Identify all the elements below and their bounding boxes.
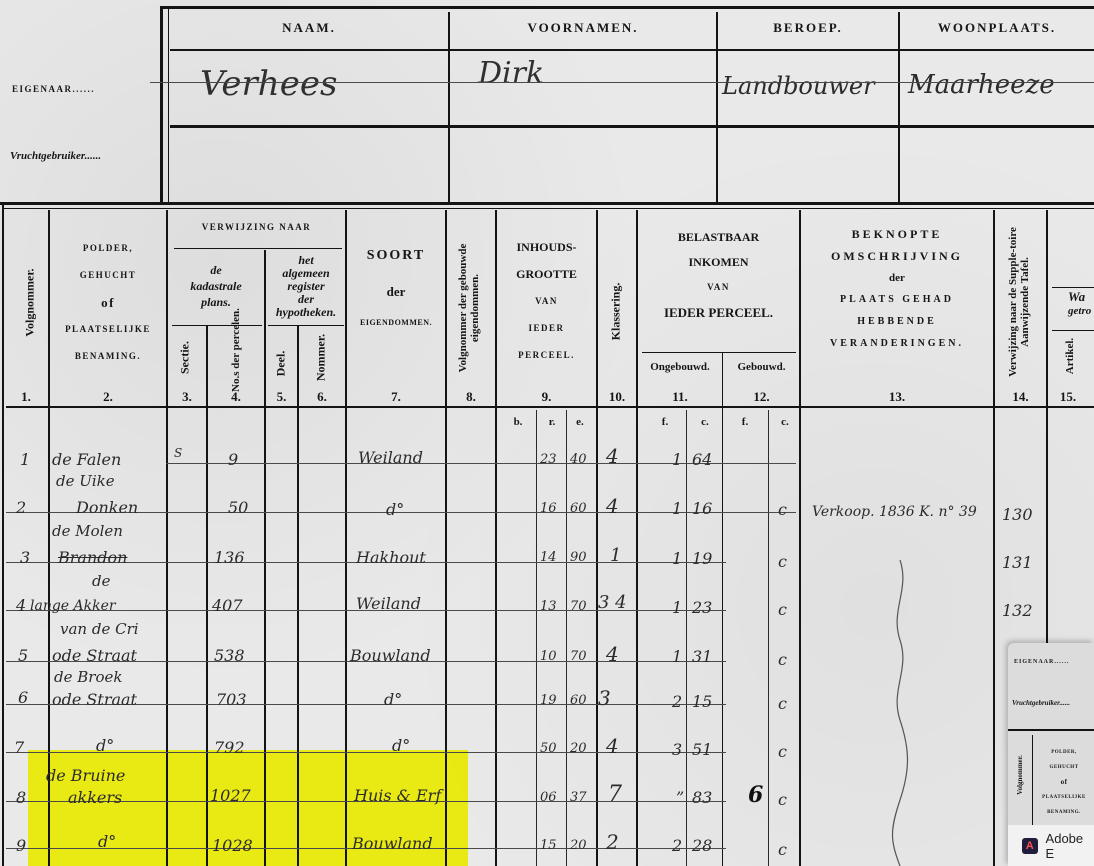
row9-soort: Bouwland — [352, 834, 433, 853]
row7-nr: 7 — [14, 738, 24, 757]
header-suppletoire-tafel: Verwijzing naar de Supple-toire Aanwijze… — [1007, 221, 1031, 383]
row7-perceel: 792 — [214, 738, 245, 757]
row7-benaming: d° — [96, 736, 114, 755]
row7-roede: 50 — [540, 741, 557, 756]
row2-nr: 2 — [16, 498, 26, 517]
row9-cent: 28 — [692, 836, 712, 855]
popup-usufructuary-label: Vruchtgebruiker...... — [1012, 699, 1070, 707]
header-soort: SOORT der EIGENDOMMEN. — [347, 248, 445, 327]
unit-cent-11: c. — [690, 416, 720, 428]
owner-row-label: EIGENAAR...... — [12, 84, 95, 94]
row2-artikel: 130 — [1002, 505, 1033, 524]
row9-gulden: 2 — [672, 836, 682, 855]
row8-alt-benaming: de Bruine — [46, 766, 125, 785]
row8-gebouwd-cent: c — [778, 790, 787, 809]
row2-alt-benaming: de Uike — [56, 472, 115, 490]
row5-perceel: 538 — [214, 646, 245, 665]
colnum-15: 15. — [1048, 389, 1088, 405]
colnum-3: 3. — [168, 389, 206, 405]
unit-bunder: b. — [508, 416, 528, 428]
row1-nr: 1 — [20, 450, 30, 469]
row5-nr: 5 — [18, 646, 28, 665]
colnum-14: 14. — [995, 389, 1046, 405]
row1-klasse: 4 — [606, 444, 619, 468]
row6-gulden: 2 — [672, 692, 682, 711]
popup-polder-header: POLDER, GEHUCHT of PLAATSELIJKE BENAMING… — [1034, 745, 1094, 820]
owner-first-name: Dirk — [478, 56, 544, 91]
popup-app-bar[interactable]: A Adobe E — [1008, 825, 1094, 866]
row7-soort: d° — [392, 736, 410, 755]
row5-alt-benaming: van de Cri — [60, 620, 139, 638]
colnum-7: 7. — [347, 389, 445, 405]
row3-benaming: Brandon — [58, 548, 127, 567]
colnum-11: 11. — [638, 389, 722, 405]
header-klassering: Klassering. — [609, 272, 624, 352]
continuation-wavy-line-icon — [880, 560, 920, 866]
row4-roede: 13 — [540, 599, 557, 614]
row9-klasse: 2 — [606, 830, 619, 854]
row2-klasse: 4 — [606, 494, 619, 518]
row4-el: 70 — [570, 599, 587, 614]
row4-gebouwd-cent: c — [778, 600, 787, 619]
unit-cent-12: c. — [770, 416, 800, 428]
row8-soort: Huis & Erf — [354, 786, 441, 805]
header-omschrijving: BEKNOPTE OMSCHRIJVING der PLAATS GEHAD H… — [801, 220, 993, 358]
row5-gulden: 1 — [672, 647, 682, 666]
row3-klasse: 1 — [610, 545, 621, 566]
colnum-4: 4. — [208, 389, 264, 405]
row6-alt-benaming: de Broek — [54, 668, 122, 686]
header-nommer: Nommer. — [314, 328, 329, 388]
header-artikel: Artikel. — [1064, 328, 1076, 384]
header-polder: POLDER, GEHUCHT of PLAATSELIJKE BENAMING… — [50, 235, 166, 370]
header-deel: Deel. — [274, 339, 289, 389]
colnum-10: 10. — [598, 389, 636, 405]
row9-el: 20 — [570, 838, 587, 853]
header-woonplaats: WOONPLAATS. — [900, 20, 1094, 36]
header-sectie: Sectie. — [178, 328, 193, 388]
row4-benaming: lange Akker — [30, 598, 116, 614]
header-volgnommer-gebouwde: Volgnommer der gebouwde eigendommen. — [457, 238, 481, 378]
row3-alt-benaming: de Molen — [52, 522, 123, 540]
row9-nr: 9 — [16, 836, 26, 855]
row8-cent: 83 — [692, 788, 712, 807]
row3-perceel: 136 — [214, 548, 245, 567]
row2-cent: 16 — [692, 499, 712, 518]
colnum-13: 13. — [801, 389, 993, 405]
row1-cent: 64 — [692, 450, 712, 469]
row1-benaming: de Falen — [52, 450, 121, 469]
row2-perceel: 50 — [228, 498, 248, 517]
header-beroep: BEROEP. — [718, 20, 898, 36]
row6-cent: 15 — [692, 692, 712, 711]
row8-roede: 06 — [540, 790, 557, 805]
row5-klasse: 4 — [606, 642, 619, 666]
row9-perceel: 1028 — [212, 836, 253, 855]
unit-gulden-12: f. — [730, 416, 760, 428]
row6-nr: 6 — [18, 688, 28, 707]
row4-soort: Weiland — [356, 594, 421, 613]
popup-volgnommer: Volgnommer. — [1016, 745, 1024, 805]
row2-benaming: Donken — [76, 498, 138, 517]
header-belastbaar-inkomen: BELASTBAAR INKOMEN VAN IEDER PERCEEL. — [638, 225, 799, 325]
row3-cent: 19 — [692, 549, 712, 568]
row3-artikel: 131 — [1002, 553, 1033, 572]
row7-gebouwd-cent: c — [778, 742, 787, 761]
row6-gebouwd-cent: c — [778, 694, 787, 713]
header-kadastrale-plans: de kadastrale plans. — [168, 262, 264, 310]
header-hypotheken: het algemeen register der hypotheken. — [266, 254, 346, 319]
row6-klasse: 3 — [598, 686, 611, 710]
colnum-5: 5. — [266, 389, 297, 405]
row3-roede: 14 — [540, 550, 557, 565]
row1-el: 40 — [570, 452, 587, 467]
row5-benaming: ode Straat — [52, 646, 137, 665]
row4-klasse: 3 4 — [598, 592, 627, 613]
row5-cent: 31 — [692, 647, 712, 666]
owner-surname: Verhees — [200, 64, 337, 104]
row3-el: 90 — [570, 550, 587, 565]
row8-gebouwd-gulden: 6 — [748, 782, 763, 808]
colnum-12: 12. — [724, 389, 799, 405]
row3-nr: 3 — [20, 548, 30, 567]
row4-alt-benaming: de — [92, 572, 110, 590]
row1-perceel: 9 — [228, 450, 238, 469]
row6-perceel: 703 — [216, 690, 247, 709]
row6-benaming: ode Straat — [52, 690, 137, 709]
row7-cent: 51 — [692, 740, 712, 759]
row5-roede: 10 — [540, 649, 557, 664]
row9-benaming: d° — [98, 832, 116, 851]
row8-benaming: akkers — [68, 788, 122, 807]
row2-verandering-note: Verkoop. 1836 K. n° 39 — [812, 504, 977, 520]
row7-gulden: 3 — [672, 740, 682, 759]
row6-roede: 19 — [540, 693, 557, 708]
popup-app-label: Adobe E — [1046, 831, 1094, 861]
row8-perceel: 1027 — [210, 786, 251, 805]
row2-roede: 16 — [540, 501, 557, 516]
row4-cent: 23 — [692, 598, 712, 617]
row4-nr: 4 — [16, 596, 26, 615]
row8-klasse: 7 — [608, 782, 622, 807]
row6-el: 60 — [570, 693, 587, 708]
popup-owner-label: EIGENAAR...... — [1014, 659, 1069, 665]
adobe-app-icon: A — [1022, 838, 1038, 854]
row9-gebouwd-cent: c — [778, 840, 787, 859]
row6-soort: d° — [384, 690, 402, 709]
header-voornamen: VOORNAMEN. — [450, 20, 716, 36]
colnum-8: 8. — [447, 389, 495, 405]
row1-soort: Weiland — [358, 448, 423, 467]
row2-gebouwd-cent: c — [778, 500, 787, 519]
row2-el: 60 — [570, 501, 587, 516]
row2-soort: d° — [386, 500, 404, 519]
row7-klasse: 4 — [606, 734, 619, 758]
row4-gulden: 1 — [672, 598, 682, 617]
unit-gulden-11: f. — [650, 416, 680, 428]
colnum-6: 6. — [299, 389, 345, 405]
header-perceel-nr: No.s der percelen. — [230, 320, 242, 392]
row2-gulden: 1 — [672, 499, 682, 518]
owner-occupation: Landbouwer — [722, 72, 875, 100]
row1-sectie: S — [174, 446, 182, 460]
header-naam: NAAM. — [170, 20, 448, 36]
row9-roede: 15 — [540, 838, 557, 853]
row1-gulden: 1 — [672, 450, 682, 469]
row5-gebouwd-cent: c — [778, 650, 787, 669]
row3-soort: Hakhout — [356, 548, 426, 567]
header-gebouwd: Gebouwd. — [724, 361, 799, 373]
row5-el: 70 — [570, 649, 587, 664]
usufructuary-row-label: Vruchtgebruiker...... — [10, 150, 101, 162]
row4-artikel: 132 — [1002, 601, 1033, 620]
row1-roede: 23 — [540, 452, 557, 467]
row8-gulden: ” — [676, 788, 684, 807]
owner-residence: Maarheeze — [908, 70, 1055, 100]
row4-perceel: 407 — [212, 596, 243, 615]
row3-gulden: 1 — [672, 549, 682, 568]
row8-el: 37 — [570, 790, 587, 805]
row5-soort: Bouwland — [350, 646, 431, 665]
header-volgnommer: Volgnommer. — [23, 253, 38, 353]
unit-roede: r. — [540, 416, 564, 428]
adobe-preview-popup[interactable]: EIGENAAR...... Vruchtgebruiker...... Vol… — [1008, 643, 1094, 866]
row8-nr: 8 — [16, 788, 26, 807]
header-inhoudsgrootte: INHOUDS- GROOTTE VAN IEDER PERCEEL. — [497, 234, 596, 369]
unit-el: e. — [568, 416, 592, 428]
colnum-1: 1. — [6, 389, 46, 405]
colnum-2: 2. — [50, 389, 166, 405]
header-ongebouwd: Ongebouwd. — [638, 361, 722, 373]
row3-gebouwd-cent: c — [778, 552, 787, 571]
header-verwijzing: VERWIJZING NAAR — [168, 222, 345, 232]
header-col15-top: Wa getro — [1068, 290, 1091, 318]
row7-el: 20 — [570, 741, 587, 756]
scanned-register-page: EIGENAAR...... Vruchtgebruiker...... NAA… — [0, 0, 1094, 866]
colnum-9: 9. — [497, 389, 596, 405]
